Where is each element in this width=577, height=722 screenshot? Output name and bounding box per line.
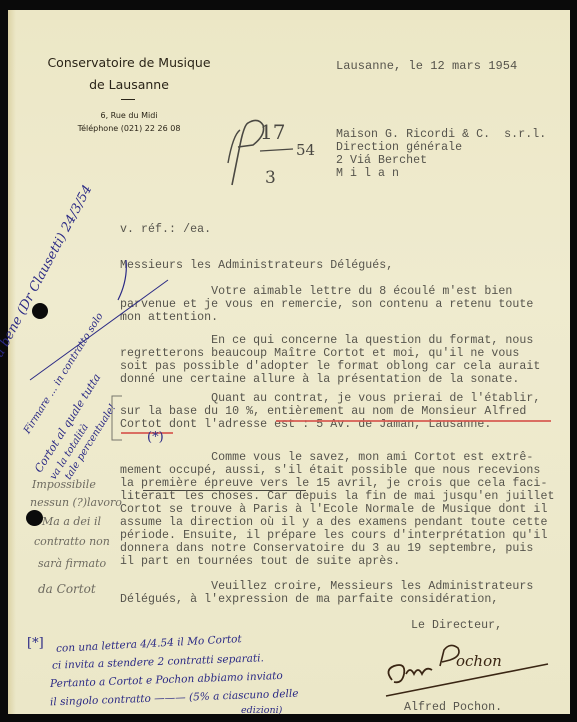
asterisk-mark: (*) (147, 430, 164, 445)
letterhead-name-line1: Conservatoire de Musique (44, 55, 214, 70)
body-p1-line1: Votre aimable lettre du 8 écoulé m'est b… (120, 285, 512, 298)
footnote-line1: con una lettera 4/4.54 il Mo Cortot (56, 633, 242, 655)
margin-pencil-line4: contratto non (34, 535, 110, 548)
recipient-line2: Direction générale (336, 141, 462, 154)
svg-text:ochon: ochon (456, 652, 502, 670)
reference-line: v. réf.: /ea. (120, 223, 211, 236)
margin-pencil-line2: nessun (?)lavoro (30, 496, 122, 509)
recipient-line3: 2 Viá Berchet (336, 154, 427, 167)
body-p4-line9: il part en tournées tout de suite après. (120, 555, 400, 568)
body-p2-line4: donné une certaine allure à la présentat… (120, 373, 519, 386)
body-p2-line1: En ce qui concerne la question du format… (120, 334, 533, 347)
body-p4-line4: literait les choses. Car depuis la fin d… (120, 490, 554, 503)
letterhead-separator (121, 99, 135, 100)
body-p3-line1: Quant au contrat, je vous prierai de l'é… (120, 392, 540, 405)
letter-page: Conservatoire de Musique de Lausanne 6, … (8, 10, 570, 714)
body-p4-line8: donnera dans notre Conservatoire du 3 au… (120, 542, 533, 555)
closing-line2: Délégués, à l'expression de ma parfaite … (120, 593, 498, 606)
body-p1-line2: parvenue et je vous en remercie, son con… (120, 298, 533, 311)
margin-pencil-line6: da Cortot (38, 582, 96, 596)
body-p4-line2: mement occupé, aussi, s'il était possibl… (120, 464, 540, 477)
letterhead-telephone: Téléphone (021) 22 26 08 (44, 124, 214, 133)
closing-line1: Veuillez croire, Messieurs les Administr… (120, 580, 533, 593)
body-p2-line3: soit pas possible d'adopter le format ob… (120, 360, 540, 373)
margin-pencil-line1: Impossibile (32, 478, 96, 491)
footnote-asterisk: [*] (27, 636, 44, 651)
date-line: Lausanne, le 12 mars 1954 (336, 59, 517, 73)
footnote-line2: ci invita a stendere 2 contratti separat… (52, 652, 264, 671)
signature: ochon (380, 640, 550, 700)
margin-pencil-line5: sarà firmato (38, 557, 106, 570)
punch-hole-bottom (26, 510, 43, 526)
letterhead-address: 6, Rue du Midi (44, 111, 214, 120)
registry-year: 54 (296, 141, 315, 159)
body-p4-line3: la première épreuve vers le 15 avril, je… (120, 477, 547, 490)
red-underline-entirement (276, 420, 551, 422)
typed-signature-name: Alfred Pochon. (404, 701, 502, 714)
body-p4-line6: assume la direction où il y a des examen… (120, 516, 547, 529)
body-p3-line2: sur la base du 10 %, entièrement au nom … (120, 405, 526, 418)
body-p4-line5: Cortot se trouve à Paris à l'Ecole Norma… (120, 503, 547, 516)
footnote-line3: Pertanto a Cortot e Pochon abbiamo invia… (50, 670, 283, 690)
margin-blue-strokes (18, 240, 168, 390)
footnote-line5: edizioni) (241, 705, 282, 716)
registry-denominator: 3 (265, 168, 276, 188)
body-p4-line7: période. Ensuite, il prépare les cours d… (120, 529, 547, 542)
body-p2-line2: regretterons beaucoup Maître Cortot et m… (120, 347, 519, 360)
registry-numerator: 17 (260, 120, 285, 144)
letterhead-name-line2: de Lausanne (44, 77, 214, 92)
margin-pencil-line3: Ma a dei il (42, 515, 101, 528)
body-p4-line1: Comme vous le savez, mon ami Cortot est … (120, 451, 533, 464)
signature-title: Le Directeur, (411, 619, 502, 632)
recipient-line4: M i l a n (336, 167, 399, 180)
recipient-line1: Maison G. Ricordi & C. s.r.l. (336, 128, 546, 141)
